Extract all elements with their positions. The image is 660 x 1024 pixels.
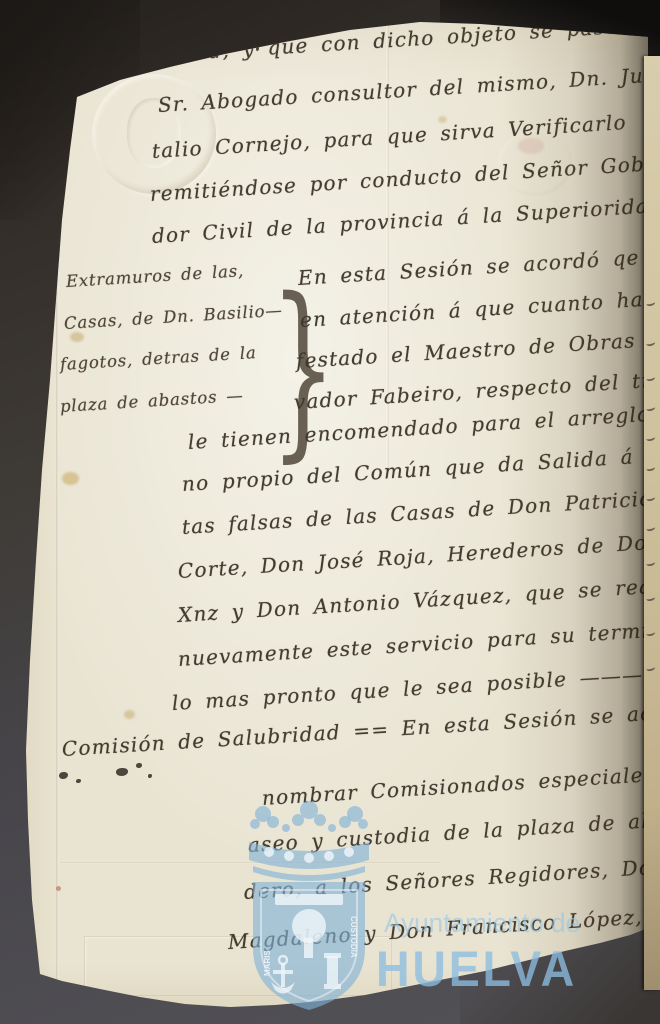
edge-writing-fragment: [645, 559, 655, 567]
edge-writing-fragment: [645, 464, 655, 472]
margin-note-line: fagotos, detras de la: [59, 343, 257, 374]
gutter-curvature-shadow: [500, 0, 660, 1024]
manuscript-page: } ridad, y que con dicho objeto se pase …: [0, 0, 660, 1024]
edge-writing-fragment: [645, 374, 655, 382]
archive-photograph: } ridad, y que con dicho objeto se pase …: [0, 0, 660, 1024]
edge-writing-fragment: [645, 299, 655, 307]
margin-note-line: Extramuros de las,: [65, 261, 244, 291]
edge-writing-fragment: [645, 339, 655, 347]
edge-writing-fragment: [645, 434, 655, 442]
margin-note-line: Casas, de Dn. Basilio—: [63, 301, 283, 333]
margin-note-line: plaza de abastos —: [59, 386, 244, 416]
next-page-edge: [644, 56, 660, 990]
edge-writing-fragment: [645, 664, 655, 672]
edge-writing-fragment: [645, 629, 655, 637]
edge-writing-fragment: [645, 404, 655, 412]
edge-writing-fragment: [645, 494, 655, 502]
edge-writing-fragment: [645, 594, 655, 602]
edge-writing-fragment: [645, 524, 655, 532]
